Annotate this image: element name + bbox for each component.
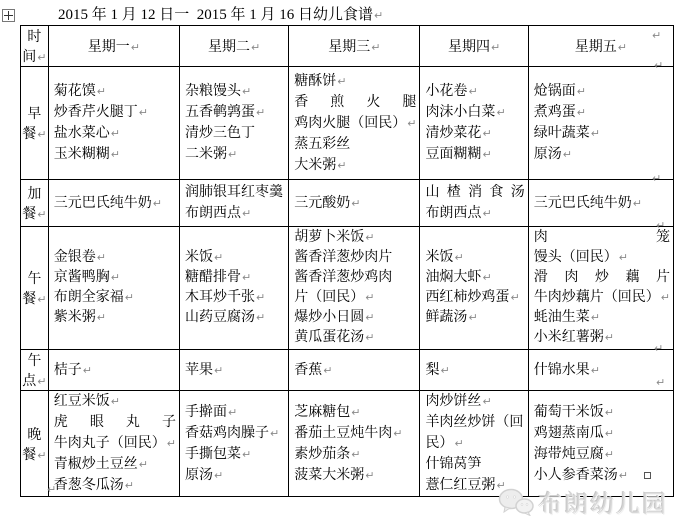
paragraph-mark: ↵ [654, 59, 663, 72]
menu-item-text: 盐水菜心 [54, 126, 110, 141]
menu-item: 蒸五彩丝 [294, 134, 416, 155]
menu-item: 番茄土豆炖牛肉↵ [294, 423, 416, 444]
menu-item-text: 布朗全家福 [54, 290, 124, 305]
menu-item-char: 山 [425, 182, 439, 203]
menu-item: 布朗西点↵ [185, 203, 285, 224]
menu-item: 香蕉↵ [294, 360, 416, 381]
paragraph-mark: ↵ [454, 437, 463, 450]
paragraph-mark: ↵ [167, 437, 176, 450]
menu-cell: 三元巴氏纯牛奶↵ [48, 180, 179, 227]
header-cell-1: 星期一↵ [48, 26, 179, 67]
header-label: 星期二 [208, 40, 250, 55]
paragraph-mark: ↵ [482, 148, 491, 161]
menu-item-text: 清炒菜花 [425, 126, 481, 141]
menu-item-char: 食 [489, 182, 503, 203]
menu-cell: 山楂消食汤布朗西点↵ [420, 180, 528, 227]
watermark-text: 布朗幼儿园 [538, 484, 668, 519]
menu-item-text: 米饭 [185, 250, 213, 265]
menu-cell: 三元巴氏纯牛奶↵ [528, 180, 673, 227]
menu-item: 豆面糊糊↵ [425, 144, 524, 165]
menu-item-text: 菠菜大米粥 [294, 468, 364, 483]
menu-item: 鸡翅蒸南瓜↵ [534, 423, 670, 444]
menu-cell: 糖酥饼↵香煎火腿鸡肉火腿（回民）↵蒸五彩丝大米粥↵ [289, 67, 420, 180]
menu-table: 时间↵星期一↵星期二↵星期三↵星期四↵星期五↵早餐↵菊花馍↵炒香芹火腿丁↵盐水菜… [20, 25, 674, 497]
menu-item: 葡萄干米饭↵ [534, 402, 670, 423]
menu-item-text: 酱香洋葱炒肉片 [294, 250, 392, 265]
menu-item-text: 红豆米饭 [54, 394, 110, 409]
menu-item: 酱香洋葱炒肉片 [294, 248, 416, 268]
header-label: 星期四 [448, 40, 490, 55]
menu-item: 黄瓜蛋花汤↵ [294, 328, 416, 348]
paragraph-mark: ↵ [351, 197, 360, 210]
menu-cell: 炝锅面↵煮鸡蛋↵绿叶蔬菜↵原汤↵ [528, 67, 673, 180]
row-label: 午点↵ [21, 350, 49, 391]
header-cell-0: 时间↵ [21, 26, 49, 67]
paragraph-mark: ↵ [125, 479, 134, 492]
menu-item-text: 肉沫小白菜 [425, 105, 495, 120]
row-label: 晚餐↵ [21, 391, 49, 497]
paragraph-mark: ↵ [482, 207, 491, 220]
menu-cell: 杂粮馒头↵五香鹌鹑蛋↵清炒三色丁二米粥↵ [180, 67, 289, 180]
menu-item: 爆炒小日圆↵ [294, 308, 416, 328]
paragraph-mark: ↵ [618, 41, 627, 54]
header-cell-2: 星期二↵ [180, 26, 289, 67]
table-row: 晚餐↵红豆米饭↵虎眼丸子牛肉丸子（回民）↵青椒炒土豆丝↵香葱冬瓜汤↵手擀面↵香菇… [21, 391, 674, 497]
menu-item: 牛肉丸子（回民）↵ [54, 433, 176, 454]
paragraph-mark: ↵ [482, 395, 491, 408]
paragraph-mark: ↵ [131, 41, 140, 54]
paragraph-mark: ↵ [256, 311, 265, 324]
paragraph-mark: ↵ [365, 469, 374, 482]
menu-item: 清炒菜花↵ [425, 123, 524, 144]
paragraph-mark: ↵ [111, 395, 120, 408]
menu-item: 肉沫小白菜↵ [425, 102, 524, 123]
menu-item: 清炒三色丁 [185, 123, 285, 144]
paragraph-mark: ↵ [577, 85, 586, 98]
menu-item: 金银卷↵ [54, 248, 176, 268]
menu-item: 山楂消食汤 [425, 182, 524, 203]
menu-item-text: 桔子 [54, 363, 82, 378]
menu-item-text: 羊肉丝炒饼（回 [425, 415, 523, 430]
menu-item-char: 丸 [126, 412, 140, 433]
menu-item: 二米粥↵ [185, 144, 285, 165]
menu-item-text: 西红柿炒鸡蛋 [425, 290, 509, 305]
paragraph-mark: ↵ [605, 448, 614, 461]
menu-item: 香煎火腿 [294, 92, 416, 113]
paragraph-mark: ↵ [619, 469, 628, 482]
menu-item-text: 酱香洋葱炒鸡肉 [294, 270, 392, 285]
menu-cell: 三元酸奶↵ [289, 180, 420, 227]
menu-item-text: 三元巴氏纯牛奶 [534, 196, 632, 211]
menu-item: 糖醋排骨↵ [185, 268, 285, 288]
menu-item-text: 山药豆腐汤 [185, 310, 255, 325]
menu-cell: 肉笼馒头（回民）↵滑肉炒藕片牛肉炒藕片（回民）↵蚝油生菜↵小米红薯粥↵ [528, 227, 673, 350]
menu-item-text: 素炒茄条 [294, 447, 350, 462]
paragraph-mark: ↵ [153, 197, 162, 210]
menu-item: 什锦水果↵ [534, 360, 670, 381]
paragraph-mark: ↵ [37, 375, 46, 388]
menu-item: 羊肉丝炒饼（回 [425, 412, 524, 433]
paragraph-mark: ↵ [633, 197, 642, 210]
paragraph-mark: ↵ [365, 311, 374, 324]
menu-item-char: 汤 [511, 182, 525, 203]
menu-item: 煮鸡蛋↵ [534, 102, 670, 123]
menu-item-text: 原汤 [185, 468, 213, 483]
header-cell-3: 星期三↵ [289, 26, 420, 67]
menu-item: 虎眼丸子 [54, 412, 176, 433]
menu-item: 梨↵ [425, 360, 524, 381]
paragraph-mark: ↵ [605, 331, 614, 344]
move-cross-icon [8, 11, 9, 20]
menu-item-text: 蒸五彩丝 [294, 137, 350, 152]
menu-item-text: 青椒炒土豆丝 [54, 457, 138, 472]
paragraph-mark: ↵ [407, 117, 416, 130]
menu-item-text: 原汤 [534, 147, 562, 162]
menu-item-char: 煎 [330, 92, 344, 113]
menu-item-text: 香葱冬瓜汤 [54, 478, 124, 493]
menu-item-text: 黄瓜蛋花汤 [294, 330, 364, 345]
menu-item-text: 什锦水果 [534, 363, 590, 378]
menu-item-text: 小花卷 [425, 84, 467, 99]
menu-item: 青椒炒土豆丝↵ [54, 454, 176, 475]
menu-item: 苹果↵ [185, 360, 285, 381]
menu-item-text: 润肺银耳红枣羹 [185, 185, 283, 200]
menu-item-text: 米饭 [425, 250, 453, 265]
menu-item: 西红柿炒鸡蛋↵ [425, 288, 524, 308]
paragraph-mark: ↵ [125, 291, 134, 304]
paragraph-mark: ↵ [656, 376, 665, 389]
paragraph-mark: ↵ [242, 207, 251, 220]
menu-cell: 金银卷↵京酱鸭胸↵布朗全家福↵紫米粥↵ [48, 227, 179, 350]
menu-item: 滑肉炒藕片 [534, 268, 670, 288]
menu-item: 肉炒饼丝↵ [425, 391, 524, 412]
menu-item: 原汤↵ [185, 465, 285, 486]
menu-item-text: 葡萄干米饭 [534, 405, 604, 420]
menu-item-text: 金银卷 [54, 250, 96, 265]
menu-item: 芝麻糖包↵ [294, 402, 416, 423]
paragraph-mark: ↵ [37, 293, 46, 306]
menu-item-char: 腿 [402, 92, 416, 113]
paragraph-mark: ↵ [656, 219, 665, 232]
menu-cell: 苹果↵ [180, 350, 289, 391]
menu-item: 三元巴氏纯牛奶↵ [534, 193, 670, 214]
menu-item-char: 香 [294, 92, 308, 113]
menu-item-text: 爆炒小日圆 [294, 310, 364, 325]
menu-item: 蚝油生菜↵ [534, 308, 670, 328]
menu-item-char: 肉 [564, 268, 578, 288]
menu-item-text: 芝麻糖包 [294, 405, 350, 420]
paragraph-mark: ↵ [563, 148, 572, 161]
menu-item-text: 豆面糊糊 [425, 147, 481, 162]
menu-item-text: 二米粥 [185, 147, 227, 162]
menu-item-text: 炝锅面 [534, 84, 576, 99]
doc-title-text: 2015 年 1 月 12 日一 2015 年 1 月 16 日幼儿食谱 [58, 7, 373, 23]
menu-item-text: 布朗西点 [425, 206, 481, 221]
menu-item-char: 片 [656, 268, 670, 288]
menu-item: 玉米糊糊↵ [54, 144, 176, 165]
paragraph-mark: ↵ [365, 291, 374, 304]
menu-item-char: 滑 [534, 268, 548, 288]
menu-item-text: 香菇鸡肉臊子 [185, 426, 269, 441]
paragraph-mark: ↵ [228, 406, 237, 419]
paragraph-mark: ↵ [654, 342, 663, 355]
menu-item-text: 肉炒饼丝 [425, 394, 481, 409]
paragraph-mark: ↵ [37, 449, 46, 462]
menu-item-text: 杂粮馒头 [185, 84, 241, 99]
paragraph-mark: ↵ [228, 148, 237, 161]
menu-item-text: 手撕包菜 [185, 447, 241, 462]
paragraph-mark: ↵ [440, 364, 449, 377]
menu-item: 胡萝卜米饭↵ [294, 228, 416, 248]
table-resize-handle[interactable] [644, 472, 651, 479]
paragraph-mark: ↵ [491, 41, 500, 54]
menu-item: 民）↵ [425, 433, 524, 454]
menu-cell: 润肺银耳红枣羹布朗西点↵ [180, 180, 289, 227]
menu-item: 海带炖豆腐↵ [534, 444, 670, 465]
menu-item: 紫米粥↵ [54, 308, 176, 328]
paragraph-mark: ↵ [591, 311, 600, 324]
menu-item-char: 肉 [534, 228, 548, 248]
paragraph-mark: ↵ [111, 148, 120, 161]
menu-item: 原汤↵ [534, 144, 670, 165]
paragraph-mark: ↵ [37, 51, 46, 64]
menu-item: 酱香洋葱炒鸡肉 [294, 268, 416, 288]
paragraph-mark: ↵ [605, 406, 614, 419]
menu-cell: 手擀面↵香菇鸡肉臊子↵手撕包菜↵原汤↵ [180, 391, 289, 497]
menu-item: 素炒茄条↵ [294, 444, 416, 465]
menu-item-text: 鲜蔬汤 [425, 310, 467, 325]
paragraph-mark: ↵ [214, 469, 223, 482]
paragraph-mark: ↵ [270, 427, 279, 440]
menu-item-text: 糖酥饼 [294, 74, 336, 89]
header-label: 星期五 [575, 40, 617, 55]
menu-item: 布朗西点↵ [425, 203, 524, 224]
menu-item: 五香鹌鹑蛋↵ [185, 102, 285, 123]
menu-item-text: 牛肉丸子（回民） [54, 436, 166, 451]
menu-item-text: 煮鸡蛋 [534, 105, 576, 120]
paragraph-mark: ↵ [97, 311, 106, 324]
menu-item-text: 菊花馍 [54, 84, 96, 99]
menu-item: 菠菜大米粥↵ [294, 465, 416, 486]
menu-cell: 胡萝卜米饭↵酱香洋葱炒肉片酱香洋葱炒鸡肉片（回民）↵爆炒小日圆↵黄瓜蛋花汤↵ [289, 227, 420, 350]
menu-item-char: 藕 [625, 268, 639, 288]
menu-item: 绿叶蔬菜↵ [534, 123, 670, 144]
menu-item-text: 炒香芹火腿丁 [54, 105, 138, 120]
menu-cell: 小花卷↵肉沫小白菜↵清炒菜花↵豆面糊糊↵ [420, 67, 528, 180]
menu-cell: 菊花馍↵炒香芹火腿丁↵盐水菜心↵玉米糊糊↵ [48, 67, 179, 180]
menu-item: 片（回民）↵ [294, 288, 416, 308]
menu-item-text: 海带炖豆腐 [534, 447, 604, 462]
menu-item-char: 虎 [54, 412, 68, 433]
menu-item-text: 什锦莴笋 [425, 457, 481, 472]
doc-title: 2015 年 1 月 12 日一 2015 年 1 月 16 日幼儿食谱↵ [58, 3, 383, 24]
paragraph-mark: ↵ [83, 364, 92, 377]
menu-cell: 香蕉↵ [289, 350, 420, 391]
menu-item: 盐水菜心↵ [54, 123, 176, 144]
menu-item-char: 子 [162, 412, 176, 433]
menu-item-text: 木耳炒千张 [185, 290, 255, 305]
menu-item: 三元巴氏纯牛奶↵ [54, 193, 176, 214]
paragraph-mark: ↵ [242, 85, 251, 98]
menu-item: 香葱冬瓜汤↵ [54, 475, 176, 496]
paragraph-mark: ↵ [591, 364, 600, 377]
watermark: 布朗幼儿园 [498, 484, 668, 519]
menu-item: 润肺银耳红枣羹 [185, 182, 285, 203]
menu-item-text: 小米红薯粥 [534, 330, 604, 345]
paragraph-mark: ↵ [371, 41, 380, 54]
menu-cell: 米饭↵油焖大虾↵西红柿炒鸡蛋↵鲜蔬汤↵ [420, 227, 528, 350]
table-row: 加餐↵三元巴氏纯牛奶↵润肺银耳红枣羹布朗西点↵三元酸奶↵山楂消食汤布朗西点↵三元… [21, 180, 674, 227]
menu-item: 手擀面↵ [185, 402, 285, 423]
menu-item-text: 糖醋排骨 [185, 270, 241, 285]
menu-item-text: 紫米粥 [54, 310, 96, 325]
menu-item-text: 蚝油生菜 [534, 310, 590, 325]
menu-cell: 红豆米饭↵虎眼丸子牛肉丸子（回民）↵青椒炒土豆丝↵香葱冬瓜汤↵ [48, 391, 179, 497]
paragraph-mark: ↵ [251, 41, 260, 54]
menu-item: 油焖大虾↵ [425, 268, 524, 288]
header-label: 星期三 [328, 40, 370, 55]
paragraph-mark: ↵ [482, 271, 491, 284]
menu-item-text: 薏仁红豆粥 [425, 478, 495, 493]
paragraph-mark: ↵ [454, 251, 463, 264]
menu-item: 鲜蔬汤↵ [425, 308, 524, 328]
paragraph-mark: ↵ [111, 127, 120, 140]
paragraph-mark: ↵ [605, 427, 614, 440]
paragraph-mark: ↵ [652, 29, 661, 42]
menu-item: 手撕包菜↵ [185, 444, 285, 465]
menu-item: 米饭↵ [425, 248, 524, 268]
menu-item-text: 油焖大虾 [425, 270, 481, 285]
row-label: 午餐↵ [21, 227, 49, 350]
paragraph-mark: ↵ [256, 291, 265, 304]
paragraph-mark: ↵ [337, 75, 346, 88]
menu-item: 肉笼 [534, 228, 670, 248]
paragraph-mark: ↵ [374, 9, 383, 22]
menu-item-text: 梨 [425, 363, 439, 378]
table-row: 早餐↵菊花馍↵炒香芹火腿丁↵盐水菜心↵玉米糊糊↵杂粮馒头↵五香鹌鹑蛋↵清炒三色丁… [21, 67, 674, 180]
paragraph-mark: ↵ [111, 271, 120, 284]
menu-item-text: 香蕉 [294, 363, 322, 378]
paragraph-mark: ↵ [242, 271, 251, 284]
menu-item: 桔子↵ [54, 360, 176, 381]
menu-cell: 桔子↵ [48, 350, 179, 391]
menu-item-text: 清炒三色丁 [185, 126, 255, 141]
document-page: 2015 年 1 月 12 日一 2015 年 1 月 16 日幼儿食谱↵ 时间… [0, 0, 674, 531]
menu-item: 小米红薯粥↵ [534, 328, 670, 348]
menu-item-char: 消 [468, 182, 482, 203]
menu-item-text: 三元巴氏纯牛奶 [54, 196, 152, 211]
menu-cell: 米饭↵糖醋排骨↵木耳炒千张↵山药豆腐汤↵ [180, 227, 289, 350]
menu-item-text: 馒头（回民） [534, 250, 618, 265]
menu-item-text: 鸡肉火腿（回民） [294, 116, 406, 131]
menu-item: 炝锅面↵ [534, 81, 670, 102]
menu-item-text: 胡萝卜米饭 [294, 230, 364, 245]
paragraph-mark: ↵ [323, 364, 332, 377]
paragraph-mark: ↵ [337, 159, 346, 172]
menu-item-text: 鸡翅蒸南瓜 [534, 426, 604, 441]
menu-item: 米饭↵ [185, 248, 285, 268]
menu-item-text: 玉米糊糊 [54, 147, 110, 162]
table-row: 午餐↵金银卷↵京酱鸭胸↵布朗全家福↵紫米粥↵米饭↵糖醋排骨↵木耳炒千张↵山药豆腐… [21, 227, 674, 350]
menu-item-text: 三元酸奶 [294, 196, 350, 211]
paragraph-mark: ↵ [214, 364, 223, 377]
menu-item: 牛肉炒藕片（回民）↵ [534, 288, 670, 308]
paragraph-mark: ↵ [97, 85, 106, 98]
menu-item-text: 苹果 [185, 363, 213, 378]
menu-item: 木耳炒千张↵ [185, 288, 285, 308]
menu-item-text: 五香鹌鹑蛋 [185, 105, 255, 120]
menu-item-char: 楂 [447, 182, 461, 203]
menu-item: 糖酥饼↵ [294, 71, 416, 92]
menu-item: 三元酸奶↵ [294, 193, 416, 214]
menu-item: 菊花馍↵ [54, 81, 176, 102]
menu-item-text: 手擀面 [185, 405, 227, 420]
paragraph-mark: ↵ [139, 106, 148, 119]
menu-item: 杂粮馒头↵ [185, 81, 285, 102]
menu-item-text: 布朗西点 [185, 206, 241, 221]
paragraph-mark: ↵ [468, 311, 477, 324]
menu-item-text: 牛肉炒藕片（回民） [534, 290, 660, 305]
paragraph-mark: ↵ [47, 483, 56, 496]
paragraph-mark: ↵ [591, 127, 600, 140]
menu-item: 馒头（回民）↵ [534, 248, 670, 268]
menu-cell: 葡萄干米饭↵鸡翅蒸南瓜↵海带炖豆腐↵小人参香菜汤↵ [528, 391, 673, 497]
paragraph-mark: ↵ [393, 427, 402, 440]
paragraph-mark: ↵ [256, 106, 265, 119]
paragraph-mark: ↵ [661, 291, 670, 304]
menu-cell: 什锦水果↵ [528, 350, 673, 391]
menu-item-char: 火 [366, 92, 380, 113]
menu-item: 小花卷↵ [425, 81, 524, 102]
paragraph-mark: ↵ [351, 406, 360, 419]
menu-item: 炒香芹火腿丁↵ [54, 102, 176, 123]
paragraph-mark: ↵ [619, 251, 628, 264]
menu-item: 香菇鸡肉臊子↵ [185, 423, 285, 444]
paragraph-mark: ↵ [365, 231, 374, 244]
paragraph-mark: ↵ [496, 106, 505, 119]
menu-item: 什锦莴笋 [425, 454, 524, 475]
menu-cell: 梨↵ [420, 350, 528, 391]
menu-item: 鸡肉火腿（回民）↵ [294, 113, 416, 134]
paragraph-mark: ↵ [652, 172, 661, 185]
row-label: 加餐↵ [21, 180, 49, 227]
menu-item-text: 大米粥 [294, 158, 336, 173]
paragraph-mark: ↵ [37, 208, 46, 221]
paragraph-mark: ↵ [510, 291, 519, 304]
paragraph-mark: ↵ [482, 127, 491, 140]
paragraph-mark: ↵ [97, 251, 106, 264]
paragraph-mark: ↵ [139, 458, 148, 471]
menu-item-text: 绿叶蔬菜 [534, 126, 590, 141]
menu-cell: 肉炒饼丝↵羊肉丝炒饼（回民）↵什锦莴笋薏仁红豆粥↵ [420, 391, 528, 497]
menu-cell: 芝麻糖包↵番茄土豆炖牛肉↵素炒茄条↵菠菜大米粥↵ [289, 391, 420, 497]
menu-item-text: 小人参香菜汤 [534, 468, 618, 483]
paragraph-mark: ↵ [214, 251, 223, 264]
menu-item-text: 民） [425, 436, 453, 451]
menu-item: 京酱鸭胸↵ [54, 268, 176, 288]
paragraph-mark: ↵ [37, 128, 46, 141]
menu-item: 布朗全家福↵ [54, 288, 176, 308]
menu-item: 山药豆腐汤↵ [185, 308, 285, 328]
menu-item: 红豆米饭↵ [54, 391, 176, 412]
table-move-handle[interactable] [2, 9, 15, 22]
wechat-bubbles-icon [498, 488, 534, 516]
menu-item: 大米粥↵ [294, 155, 416, 176]
header-cell-4: 星期四↵ [420, 26, 528, 67]
menu-item-text: 京酱鸭胸 [54, 270, 110, 285]
paragraph-mark: ↵ [242, 448, 251, 461]
menu-item-text: 番茄土豆炖牛肉 [294, 426, 392, 441]
